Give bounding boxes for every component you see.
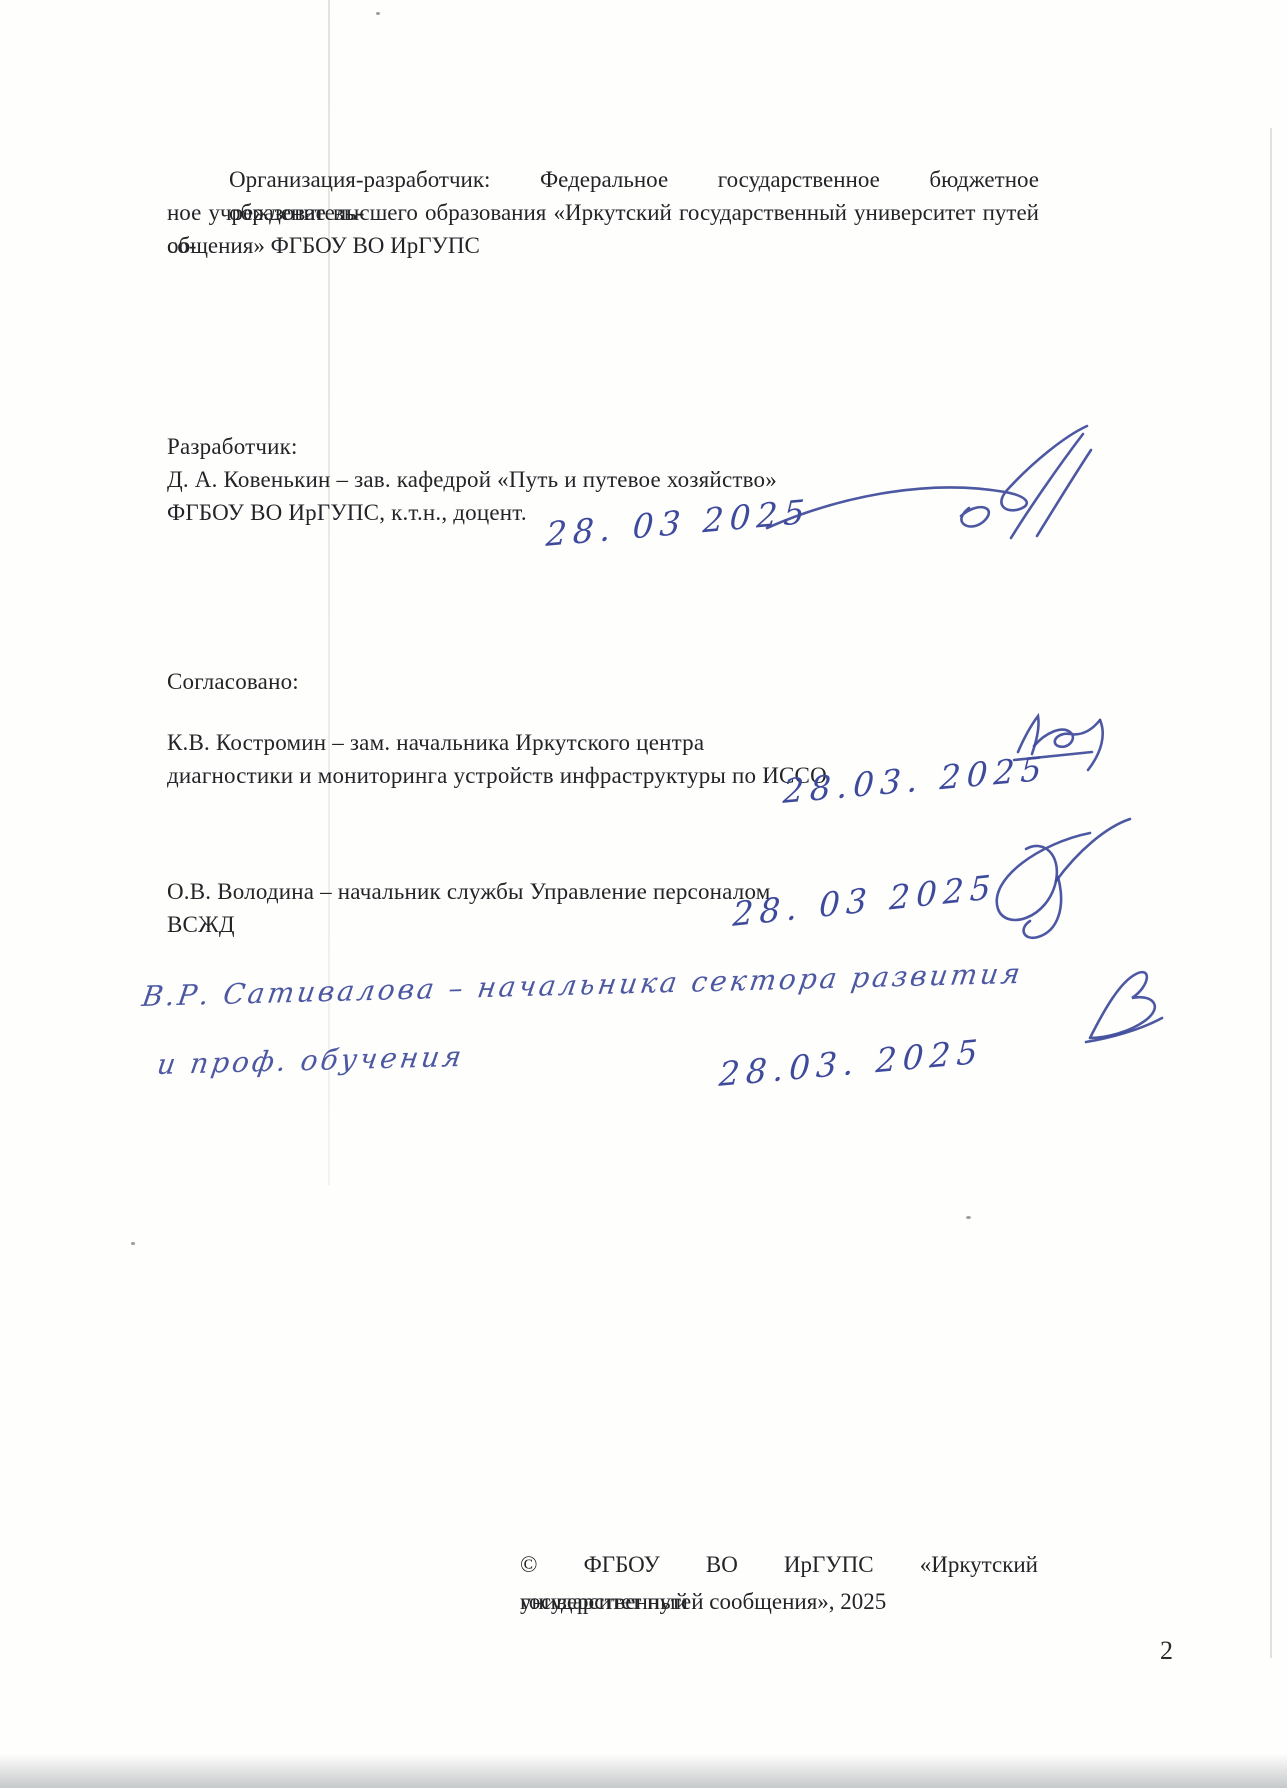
- developer-name-line: Д. А. Ковенькин – зав. кафедрой «Путь и …: [167, 463, 777, 496]
- scan-speck: [376, 12, 380, 15]
- agreed-entry-2-line-2: ВСЖД: [167, 908, 235, 941]
- agreed-entry-3-handwritten-date: 28.03. 2025: [718, 1032, 984, 1094]
- agreed-heading: Согласовано:: [167, 665, 299, 698]
- agreed-entry-3-signature: [1080, 968, 1170, 1048]
- developer-affiliation-line: ФГБОУ ВО ИрГУПС, к.т.н., доцент.: [167, 496, 527, 529]
- page-number: 2: [1160, 1636, 1173, 1666]
- scan-edge-shadow: [1270, 128, 1272, 1658]
- copyright-line-2: университет путей сообщения», 2025: [520, 1583, 1038, 1620]
- agreed-entry-1-line-2: диагностики и мониторинга устройств инфр…: [167, 759, 827, 792]
- scanned-document-page: Организация-разработчик: Федеральное гос…: [0, 0, 1287, 1788]
- agreed-entry-1-handwritten-date: 28.03. 2025: [782, 749, 1048, 811]
- agreed-entry-2-line-1: О.В. Володина – начальник службы Управле…: [167, 875, 770, 908]
- scan-bottom-shadow: [0, 1754, 1287, 1788]
- agreed-entry-3-line-2: и проф. обучения: [155, 1040, 467, 1081]
- scan-speck: [966, 1216, 971, 1219]
- developer-signature: [765, 420, 1095, 550]
- developer-heading: Разработчик:: [167, 430, 298, 463]
- org-paragraph-line-3: общения» ФГБОУ ВО ИрГУПС: [167, 229, 1039, 262]
- agreed-entry-1-line-1: К.В. Костромин – зам. начальника Иркутск…: [167, 726, 704, 759]
- scan-speck: [131, 1242, 135, 1245]
- agreed-entry-3-line-1: В.Р. Сативалова – начальника сектора раз…: [140, 957, 1025, 1013]
